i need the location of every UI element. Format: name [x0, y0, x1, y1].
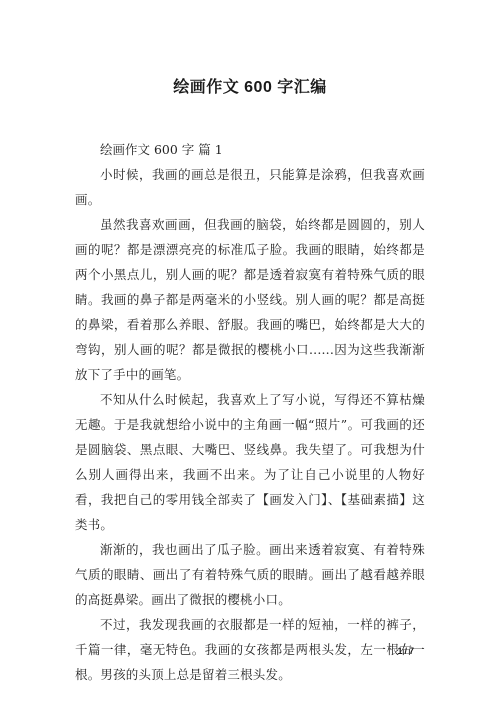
- paragraph-4: 渐渐的，我也画出了瓜子脸。画出来透着寂寞、有着特殊气质的眼睛、画出了有着特殊气质…: [75, 537, 425, 612]
- paragraph-2: 虽然我喜欢画画，但我画的脑袋，始终都是圆圆的，别人画的呢？都是漂漂亮亮的标准瓜子…: [75, 212, 425, 387]
- document-page: 绘画作文 600 字汇编 绘画作文 600 字 篇 1 小时候，我画的画总是很丑…: [0, 0, 500, 707]
- paragraph-1: 小时候，我画的画总是很丑，只能算是涂鸦，但我喜欢画画。: [75, 162, 425, 212]
- paragraph-3: 不知从什么时候起，我喜欢上了写小说，写得还不算枯燥无趣。于是我就想给小说中的主角…: [75, 387, 425, 537]
- paragraph-5: 不过，我发现我画的衣服都是一样的短袖，一样的裤子，千篇一律，毫无特色。我画的女孩…: [75, 612, 425, 687]
- section-heading: 绘画作文 600 字 篇 1: [75, 137, 425, 162]
- page-number: 1/7: [397, 646, 416, 656]
- document-body: 绘画作文 600 字 篇 1 小时候，我画的画总是很丑，只能算是涂鸦，但我喜欢画…: [75, 137, 425, 687]
- document-title: 绘画作文 600 字汇编: [0, 74, 500, 97]
